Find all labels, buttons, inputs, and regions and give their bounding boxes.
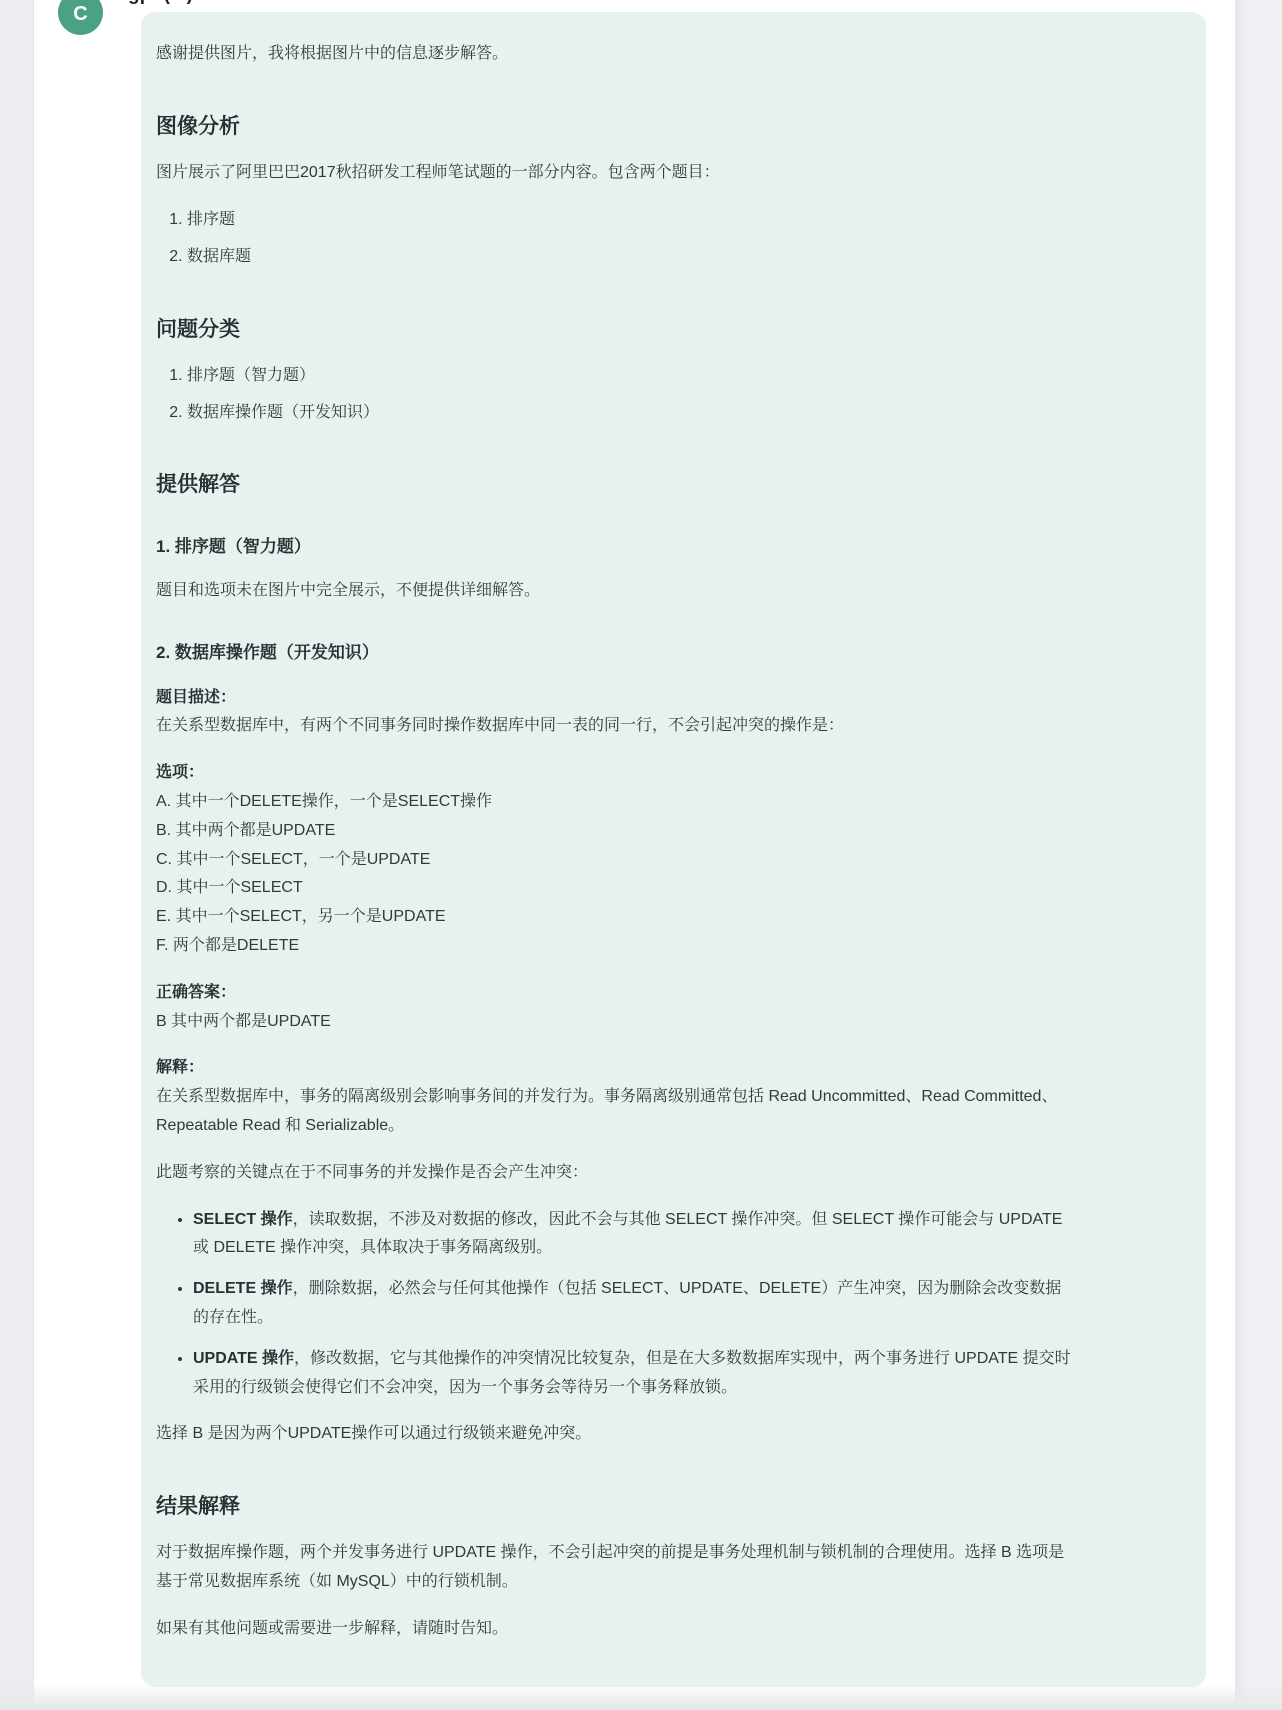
page-left-gutter — [0, 0, 34, 1710]
question2-explain-block: 解释： 在关系型数据库中，事务的隔离级别会影响事务间的并发行为。事务隔离级别通常… — [156, 1054, 1071, 1140]
option-a: A. 其中一个DELETE操作，一个是SELECT操作 — [156, 788, 1071, 817]
outro-paragraph: 如果有其他问题或需要进一步解释，请随时告知。 — [156, 1615, 1071, 1644]
message-header-clipped: gpt (...) — [128, 0, 428, 8]
list-item: 数据库操作题（开发知识） — [187, 399, 1071, 428]
description-text: 在关系型数据库中，有两个不同事务同时操作数据库中同一表的同一行，不会引起冲突的操… — [156, 712, 1071, 741]
option-e: E. 其中一个SELECT，另一个是UPDATE — [156, 903, 1071, 932]
image-analysis-lead: 图片展示了阿里巴巴2017秋招研发工程师笔试题的一部分内容。包含两个题目： — [156, 159, 1071, 188]
bullet-bold-lead: DELETE 操作 — [193, 1280, 293, 1297]
bullet-bold-lead: UPDATE 操作 — [193, 1350, 294, 1367]
section-heading-image-analysis: 图像分析 — [156, 113, 1071, 141]
result-body-paragraph: 对于数据库操作题，两个并发事务进行 UPDATE 操作，不会引起冲突的前提是事务… — [156, 1539, 1071, 1597]
section-heading-result: 结果解释 — [156, 1493, 1071, 1521]
image-analysis-list: 排序题 数据库题 — [156, 206, 1071, 272]
assistant-avatar-letter: C — [73, 4, 87, 24]
operation-bullet-list: SELECT 操作，读取数据，不涉及对数据的修改，因此不会与其他 SELECT … — [156, 1206, 1071, 1403]
list-item: 排序题 — [187, 206, 1071, 235]
section-heading-problem-class: 问题分类 — [156, 316, 1071, 344]
answer-text: B 其中两个都是UPDATE — [156, 1008, 1071, 1037]
message-header-title: gpt (...) — [128, 0, 428, 6]
question2-title: 2. 数据库操作题（开发知识） — [156, 640, 1071, 666]
section-heading-answers: 提供解答 — [156, 471, 1071, 499]
question2-options-block: 选项： A. 其中一个DELETE操作，一个是SELECT操作 B. 其中两个都… — [156, 759, 1071, 961]
assistant-message-content: 感谢提供图片，我将根据图片中的信息逐步解答。 图像分析 图片展示了阿里巴巴201… — [156, 40, 1071, 1644]
option-c: C. 其中一个SELECT，一个是UPDATE — [156, 846, 1071, 875]
intro-paragraph: 感谢提供图片，我将根据图片中的信息逐步解答。 — [156, 40, 1071, 69]
bullet-bold-lead: SELECT 操作 — [193, 1211, 293, 1228]
bullet-rest-text: ，删除数据，必然会与任何其他操作（包括 SELECT、UPDATE、DELETE… — [193, 1280, 1061, 1326]
option-d: D. 其中一个SELECT — [156, 874, 1071, 903]
question1-note: 题目和选项未在图片中完全展示，不便提供详细解答。 — [156, 577, 1071, 606]
question2-description-block: 题目描述： 在关系型数据库中，有两个不同事务同时操作数据库中同一表的同一行，不会… — [156, 684, 1071, 742]
list-item: 数据库题 — [187, 243, 1071, 272]
options-label: 选项： — [156, 759, 1071, 788]
page-right-gutter — [1235, 0, 1282, 1710]
assistant-message-bubble: 感谢提供图片，我将根据图片中的信息逐步解答。 图像分析 图片展示了阿里巴巴201… — [141, 12, 1206, 1687]
key-point-paragraph: 此题考察的关键点在于不同事务的并发操作是否会产生冲突： — [156, 1159, 1071, 1188]
answer-label: 正确答案： — [156, 979, 1071, 1008]
option-b: B. 其中两个都是UPDATE — [156, 817, 1071, 846]
description-label: 题目描述： — [156, 684, 1071, 713]
list-item: 排序题（智力题） — [187, 362, 1071, 391]
explain-label: 解释： — [156, 1054, 1071, 1083]
bullet-rest-text: ，修改数据，它与其他操作的冲突情况比较复杂，但是在大多数数据库实现中，两个事务进… — [193, 1350, 1071, 1396]
assistant-avatar: C — [58, 0, 103, 35]
option-f: F. 两个都是DELETE — [156, 932, 1071, 961]
problem-class-list: 排序题（智力题） 数据库操作题（开发知识） — [156, 362, 1071, 428]
question2-answer-block: 正确答案： B 其中两个都是UPDATE — [156, 979, 1071, 1037]
conclusion-paragraph: 选择 B 是因为两个UPDATE操作可以通过行级锁来避免冲突。 — [156, 1420, 1071, 1449]
question1-title: 1. 排序题（智力题） — [156, 534, 1071, 560]
bullet-delete-operation: DELETE 操作，删除数据，必然会与任何其他操作（包括 SELECT、UPDA… — [193, 1275, 1071, 1333]
explain-text: 在关系型数据库中，事务的隔离级别会影响事务间的并发行为。事务隔离级别通常包括 R… — [156, 1083, 1071, 1141]
bullet-rest-text: ，读取数据，不涉及对数据的修改，因此不会与其他 SELECT 操作冲突。但 SE… — [193, 1211, 1062, 1257]
bullet-update-operation: UPDATE 操作，修改数据，它与其他操作的冲突情况比较复杂，但是在大多数数据库… — [193, 1345, 1071, 1403]
bullet-select-operation: SELECT 操作，读取数据，不涉及对数据的修改，因此不会与其他 SELECT … — [193, 1206, 1071, 1264]
chat-content-card: gpt (...) C 感谢提供图片，我将根据图片中的信息逐步解答。 图像分析 … — [34, 0, 1235, 1710]
